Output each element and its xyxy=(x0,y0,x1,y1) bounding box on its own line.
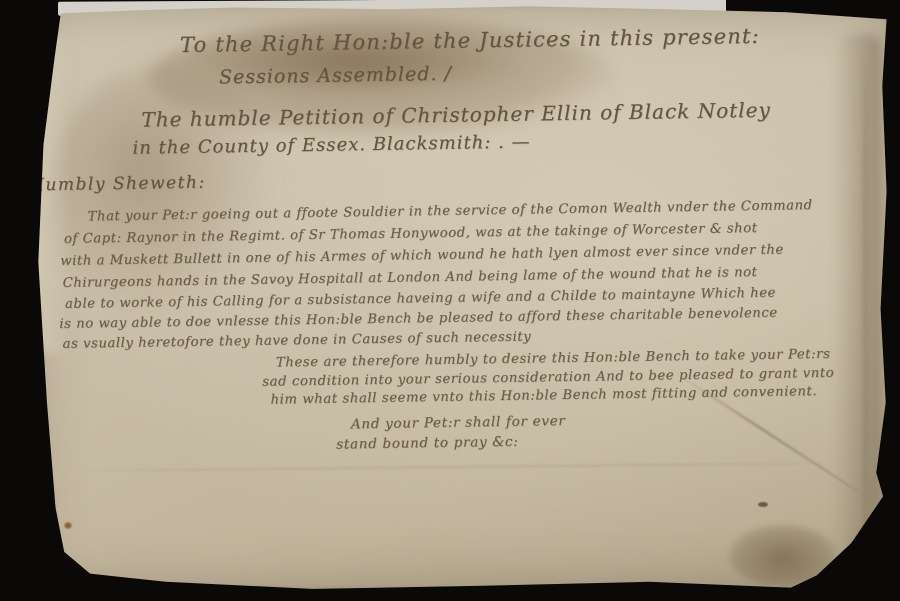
petition-title-line-1: The humble Petition of Christopher Ellin… xyxy=(101,97,811,132)
manuscript-page: To the Right Hon:ble the Justices in thi… xyxy=(28,4,890,590)
petition-title-line-2: in the County of Essex. Blacksmith: . — xyxy=(116,131,546,159)
photo-stage: To the Right Hon:ble the Justices in thi… xyxy=(0,0,900,601)
body-line: as vsually heretofore they have done in … xyxy=(63,330,532,352)
salutation: Humbly Sheweth: xyxy=(29,173,206,196)
body-line: That your Pet:r goeing out a ffoote Soul… xyxy=(88,198,813,224)
address-line-2: Sessions Assembled. / xyxy=(195,62,475,88)
body-line: with a Muskett Bullett in one of his Arm… xyxy=(60,243,784,269)
valediction-line: stand bound to pray &c: xyxy=(336,434,518,453)
address-line-1: To the Right Hon:ble the Justices in thi… xyxy=(145,23,795,57)
handwriting-layer: To the Right Hon:ble the Justices in thi… xyxy=(24,0,895,595)
valediction-line: And your Pet:r shall for ever xyxy=(351,413,566,432)
body-line: of Capt: Raynor in the Regimt. of Sr Tho… xyxy=(64,221,758,247)
